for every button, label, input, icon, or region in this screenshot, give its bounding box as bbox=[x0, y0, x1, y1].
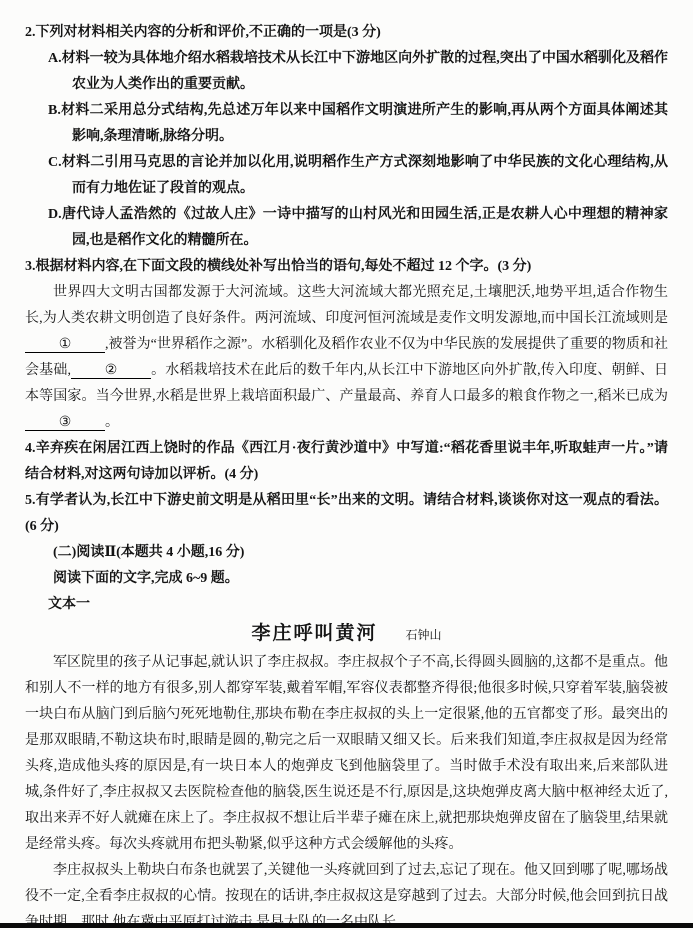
question-2-option-a: A.材料一较为具体地介绍水稻栽培技术从长江中下游地区向外扩散的过程,突出了中国水… bbox=[25, 46, 668, 98]
fill-in-blank-2: ② bbox=[71, 363, 151, 379]
question-3-passage: 世界四大文明古国都发源于大河流域。这些大河流域大都光照充足,土壤肥沃,地势平坦,… bbox=[25, 280, 668, 436]
story-title: 李庄呼叫黄河 bbox=[251, 623, 377, 644]
story-author: 石钟山 bbox=[406, 628, 442, 642]
text-one-label: 文本一 bbox=[48, 592, 668, 618]
question-2-option-b: B.材料二采用总分式结构,先总述万年以来中国稻作文明演进所产生的影响,再从两个方… bbox=[25, 98, 668, 150]
fill-in-blank-1: ① bbox=[25, 337, 105, 353]
question-2-stem: 2.下列对材料相关内容的分析和评价,不正确的一项是(3 分) bbox=[25, 20, 668, 46]
section-2-instruction: 阅读下面的文字,完成 6~9 题。 bbox=[25, 566, 668, 592]
exam-paper-page: 2.下列对材料相关内容的分析和评价,不正确的一项是(3 分) A.材料一较为具体… bbox=[0, 0, 693, 930]
question-4-stem: 4.辛弃疾在闲居江西上饶时的作品《西江月·夜行黄沙道中》中写道:“稻花香里说丰年… bbox=[25, 436, 668, 488]
question-2-option-c: C.材料二引用马克思的言论并加以化用,说明稻作生产方式深刻地影响了中华民族的文化… bbox=[25, 150, 668, 202]
passage-segment-4: 。 bbox=[105, 415, 119, 430]
question-2-option-d: D.唐代诗人孟浩然的《过故人庄》一诗中描写的山村风光和田园生活,正是农耕人心中理… bbox=[25, 202, 668, 254]
passage-segment-1: 世界四大文明古国都发源于大河流域。这些大河流域大都光照充足,土壤肥沃,地势平坦,… bbox=[25, 285, 668, 326]
page-bottom-rule bbox=[0, 923, 693, 928]
fill-in-blank-3: ③ bbox=[25, 415, 105, 431]
section-2-heading: (二)阅读Ⅱ(本题共 4 小题,16 分) bbox=[25, 540, 668, 566]
story-paragraph-2: 李庄叔叔头上勒块白布条也就罢了,关键他一头疼就回到了过去,忘记了现在。他又回到哪… bbox=[25, 858, 668, 930]
question-3-stem: 3.根据材料内容,在下面文段的横线处补写出恰当的语句,每处不超过 12 个字。(… bbox=[25, 254, 668, 280]
question-5-stem: 5.有学者认为,长江中下游史前文明是从稻田里“长”出来的文明。请结合材料,谈谈你… bbox=[25, 488, 668, 540]
story-title-line: 李庄呼叫黄河石钟山 bbox=[25, 618, 668, 650]
story-paragraph-1: 军区院里的孩子从记事起,就认识了李庄叔叔。李庄叔叔个子不高,长得圆头圆脑的,这都… bbox=[25, 650, 668, 858]
